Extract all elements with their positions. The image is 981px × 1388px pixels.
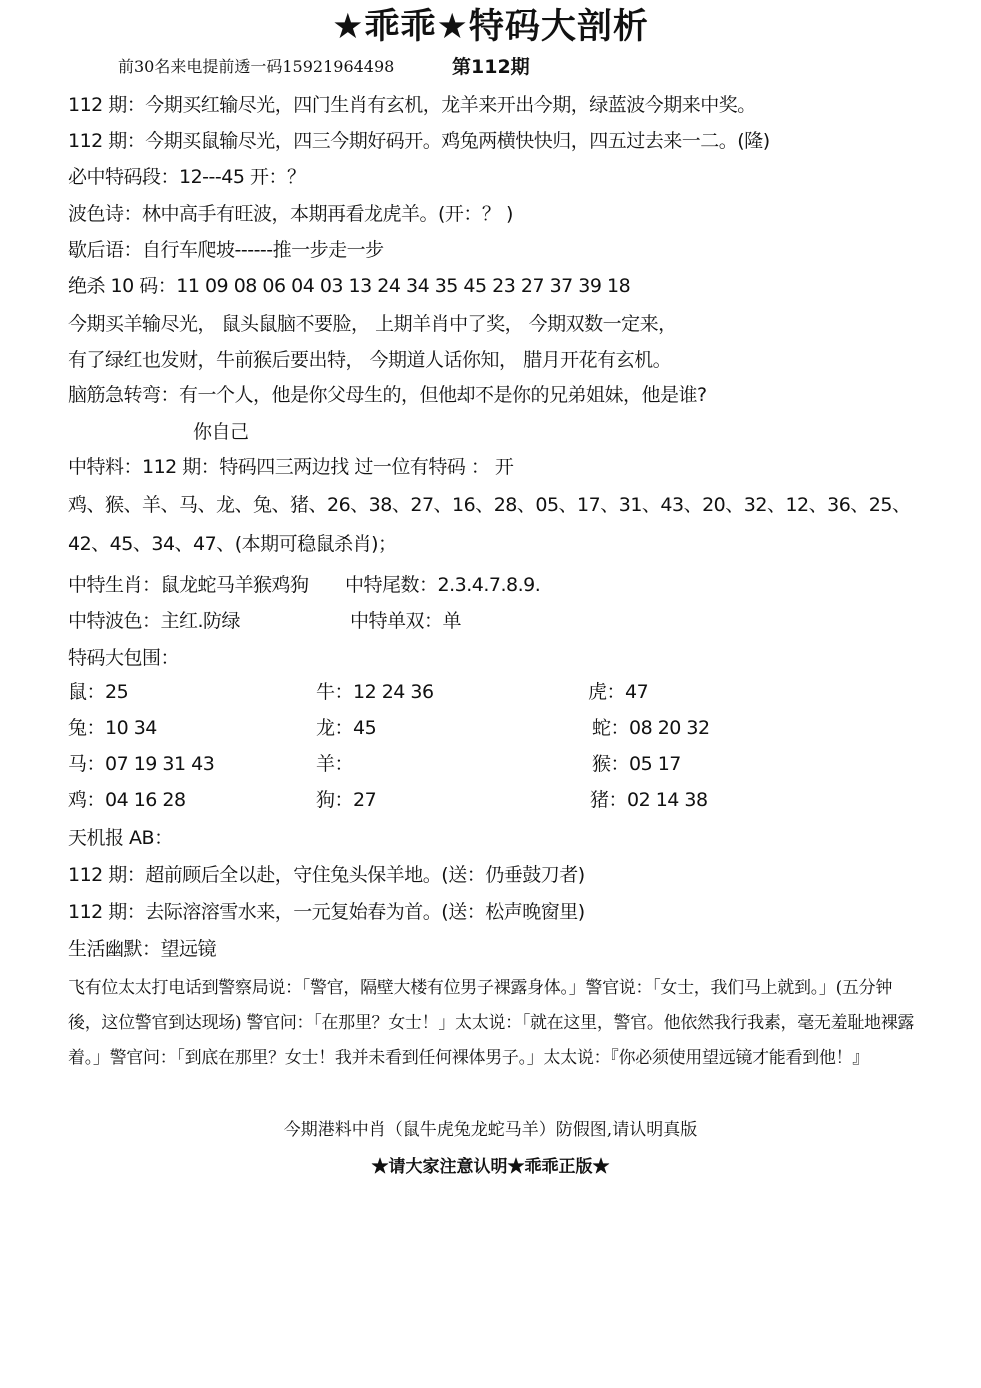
zodiac-cell-snake: 蛇：08 20 32: [592, 716, 710, 740]
kill-ten-codes: 绝杀 10 码：11 09 08 06 04 03 13 24 34 35 45…: [68, 274, 630, 298]
zodiac-cell-dog: 狗：27: [316, 788, 376, 812]
poem-line-1: 今期买羊输尽光， 鼠头鼠脑不要脸， 上期羊肖中了奖， 今期双数一定来，: [68, 312, 677, 336]
special-zodiac: 中特生肖：鼠龙蛇马羊猴鸡狗: [68, 573, 309, 597]
tianji-line-1: 112 期：超前顾后全以赴，守住兔头保羊地。(送：仍垂鼓刀者): [68, 863, 585, 887]
riddle-question: 脑筋急转弯：有一个人，他是你父母生的，但他却不是你的兄弟姐妹，他是谁?: [68, 383, 707, 407]
grid-row: 马：07 19 31 43 羊： 猴：05 17: [68, 752, 768, 788]
special-range: 必中特码段：12---45 开：？: [68, 165, 305, 189]
xiehouyu: 歇后语：自行车爬坡------推一步走一步: [68, 238, 384, 262]
zodiac-cell-rooster: 鸡：04 16 28: [68, 788, 186, 812]
footer-authentic-notice: ★请大家注意认明★乖乖正版★: [0, 1155, 981, 1179]
riddle-answer: 你自己: [193, 420, 249, 444]
text-line-1: 112 期：今期买红输尽光，四门生肖有玄机，龙羊来开出今期，绿蓝波今期来中奖。: [68, 93, 756, 117]
zodiac-cell-ox: 牛：12 24 36: [316, 680, 434, 704]
issue-number: 第112期: [452, 55, 530, 79]
tianji-line-2: 112 期：去际溶溶雪水来，一元复始春为首。(送：松声晚窗里): [68, 900, 585, 924]
special-material: 中特料：112 期：特码四三两边找 过一位有特码 ： 开: [68, 455, 513, 479]
special-wave-color: 中特波色：主红.防绿: [68, 609, 240, 633]
zodiac-cell-rat: 鼠：25: [68, 680, 128, 704]
grid-row: 鼠：25 牛：12 24 36 虎：47: [68, 680, 768, 716]
zodiac-cell-dragon: 龙：45: [316, 716, 376, 740]
page-title: ★乖乖★特码大剖析: [0, 4, 981, 50]
zodiac-cell-rabbit: 兔：10 34: [68, 716, 157, 740]
special-tail-numbers: 中特尾数：2.3.4.7.8.9.: [345, 573, 540, 597]
poem-line-2: 有了绿红也发财，牛前猴后要出特， 今期道人话你知， 腊月开花有玄机。: [68, 348, 671, 372]
zodiac-cell-tiger: 虎：47: [588, 680, 648, 704]
text-line-2: 112 期：今期买鼠输尽光，四三今期好码开。鸡兔两横快快归，四五过去来一二。(隆…: [68, 129, 770, 153]
zodiac-cell-pig: 猪：02 14 38: [590, 788, 708, 812]
special-odd-even: 中特单双：单: [350, 609, 461, 633]
grid-row: 兔：10 34 龙：45 蛇：08 20 32: [68, 716, 768, 752]
grid-row: 鸡：04 16 28 狗：27 猪：02 14 38: [68, 788, 768, 824]
joke-paragraph: 飞有位太太打电话到警察局说：「警官，隔壁大楼有位男子裸露身体。」警官说：「女士，…: [68, 971, 920, 1076]
tianji-heading: 天机报 AB：: [68, 826, 173, 850]
special-list-2: 42、45、34、47、(本期可稳鼠杀肖)；: [68, 532, 397, 556]
zodiac-cell-monkey: 猴：05 17: [592, 752, 681, 776]
zodiac-cell-goat: 羊：: [316, 752, 353, 776]
zodiac-cell-horse: 马：07 19 31 43: [68, 752, 214, 776]
special-list-1: 鸡、猴、羊、马、龙、兔、猪、26、38、27、16、28、05、17、31、43…: [68, 493, 910, 517]
zodiac-number-grid: 鼠：25 牛：12 24 36 虎：47 兔：10 34 龙：45 蛇：08 2…: [68, 680, 768, 824]
big-surround-heading: 特码大包围：: [68, 646, 179, 670]
humor-heading: 生活幽默：望远镜: [68, 937, 216, 961]
color-poem: 波色诗：林中高手有旺波，本期再看龙虎羊。(开：？ ): [68, 202, 513, 226]
subtitle: 前30名来电提前透一码15921964498: [118, 56, 394, 78]
footer-notice: 今期港料中肖（鼠牛虎兔龙蛇马羊）防假图,请认明真版: [0, 1118, 981, 1142]
